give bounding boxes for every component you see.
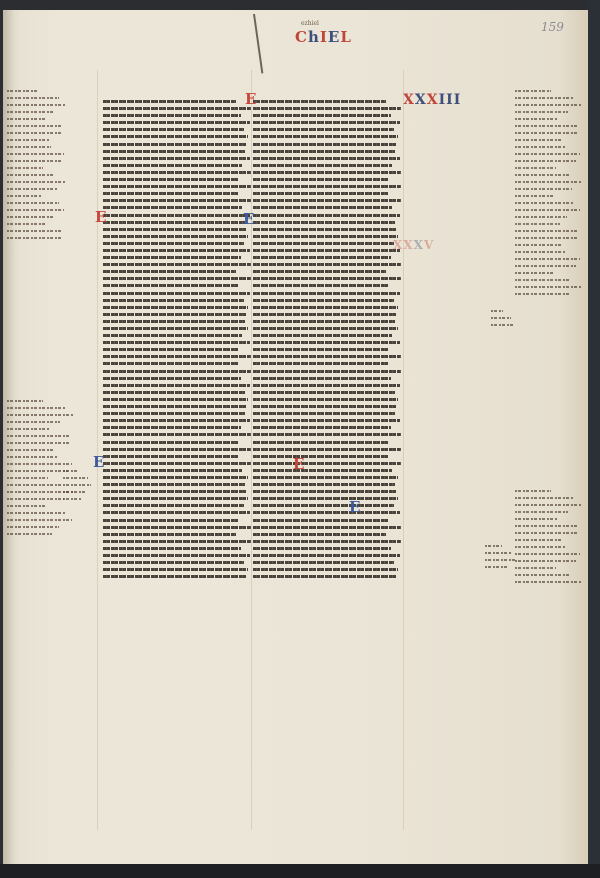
text-line <box>103 469 242 472</box>
gloss-line <box>7 512 66 514</box>
running-header: ChIEL <box>295 28 352 46</box>
text-line <box>103 419 250 422</box>
text-line <box>103 405 247 408</box>
text-line <box>103 504 244 507</box>
gloss-line <box>7 407 66 409</box>
text-line <box>253 462 401 465</box>
gloss-line <box>515 188 572 190</box>
text-line <box>253 327 398 330</box>
blue-initial: E <box>243 210 254 228</box>
gloss-line <box>515 125 577 127</box>
running-header-small: ezhiel <box>301 20 319 27</box>
red-initial: E <box>95 208 106 226</box>
text-line <box>103 391 245 394</box>
text-line <box>103 242 244 245</box>
text-line <box>253 121 400 124</box>
text-line <box>103 433 251 436</box>
gloss-line <box>63 491 86 493</box>
header-letter: L <box>340 28 352 46</box>
text-line <box>253 320 395 323</box>
text-line <box>103 554 250 557</box>
text-line <box>103 178 238 181</box>
text-line <box>253 398 398 401</box>
text-line <box>253 221 395 224</box>
text-line <box>103 199 251 202</box>
text-line <box>253 575 397 578</box>
text-line <box>253 441 388 444</box>
text-line <box>253 284 389 287</box>
gloss-line <box>515 139 563 141</box>
gloss-line <box>485 566 509 568</box>
text-line <box>253 263 401 266</box>
gloss-line <box>515 174 570 176</box>
gloss-line <box>7 414 73 416</box>
text-line <box>103 270 236 273</box>
gloss-line <box>7 477 48 479</box>
right-margin-note <box>491 310 513 331</box>
chapter-numeral: X <box>427 92 439 108</box>
gloss-line <box>7 104 65 106</box>
gloss-line <box>7 118 45 120</box>
text-line <box>103 185 251 188</box>
gloss-line <box>7 139 49 141</box>
text-line <box>103 511 250 514</box>
text-line <box>253 199 401 202</box>
gloss-line <box>515 202 574 204</box>
text-column-1 <box>103 100 251 575</box>
text-line <box>103 476 248 479</box>
text-line <box>103 483 245 486</box>
gloss-line <box>515 574 570 576</box>
ruling-line <box>251 70 252 830</box>
text-line <box>253 476 398 479</box>
parchment-crack <box>253 14 263 74</box>
gloss-line <box>515 160 576 162</box>
gloss-line <box>7 526 59 528</box>
gloss-line <box>515 195 553 197</box>
gloss-line <box>7 181 65 183</box>
gloss-line <box>7 174 55 176</box>
text-line <box>253 377 391 380</box>
text-line <box>253 235 398 238</box>
scan-background-bottom <box>0 864 600 878</box>
text-line <box>253 483 395 486</box>
text-line <box>103 412 245 415</box>
text-line <box>253 504 394 507</box>
gloss-line <box>7 237 63 239</box>
gloss-line <box>7 484 62 486</box>
text-line <box>103 157 250 160</box>
gloss-line <box>515 286 581 288</box>
gloss-line <box>7 216 53 218</box>
gloss-line <box>515 244 561 246</box>
text-line <box>253 370 401 373</box>
text-line <box>103 362 238 365</box>
text-line <box>253 277 401 280</box>
text-line <box>103 320 245 323</box>
text-line <box>253 313 397 316</box>
gloss-line <box>7 111 54 113</box>
gloss-line <box>515 216 567 218</box>
left-margin-gloss <box>7 90 65 244</box>
gloss-line <box>7 230 63 232</box>
text-line <box>253 455 389 458</box>
text-line <box>103 455 239 458</box>
gloss-line <box>515 251 566 253</box>
text-line <box>103 228 247 231</box>
text-line <box>103 490 247 493</box>
gloss-line <box>7 202 59 204</box>
header-letter: I <box>320 28 328 46</box>
gloss-line <box>515 504 581 506</box>
gloss-line <box>7 90 39 92</box>
gloss-line <box>515 146 565 148</box>
gloss-line <box>515 532 579 534</box>
red-initial: E <box>293 455 304 473</box>
blue-initial: E <box>349 498 360 516</box>
gloss-line <box>515 539 563 541</box>
header-letter: h <box>308 28 320 46</box>
text-line <box>253 497 398 500</box>
gloss-line <box>515 518 558 520</box>
ruling-line <box>97 70 98 830</box>
gloss-line <box>515 167 556 169</box>
text-line <box>103 398 248 401</box>
text-line <box>253 292 400 295</box>
text-line <box>253 242 394 245</box>
text-line <box>253 341 400 344</box>
text-line <box>253 433 401 436</box>
text-line <box>103 263 251 266</box>
gloss-line <box>7 97 59 99</box>
gloss-line <box>7 421 60 423</box>
header-letter: C <box>295 28 308 46</box>
text-line <box>103 150 245 153</box>
text-line <box>103 128 244 131</box>
gloss-line <box>485 559 515 561</box>
gloss-line <box>7 209 64 211</box>
text-line <box>253 228 397 231</box>
text-line <box>253 178 388 181</box>
text-line <box>253 100 386 103</box>
gloss-line <box>515 153 580 155</box>
text-line <box>253 554 400 557</box>
gloss-line <box>63 477 88 479</box>
text-line <box>253 568 398 571</box>
text-line <box>103 277 251 280</box>
gloss-line <box>7 498 64 500</box>
text-line <box>253 270 386 273</box>
gloss-line <box>7 125 62 127</box>
text-line <box>253 128 394 131</box>
gloss-line <box>7 146 51 148</box>
right-margin-gloss <box>515 490 581 588</box>
text-line <box>253 185 401 188</box>
text-line <box>253 448 401 451</box>
gloss-line <box>7 223 46 225</box>
text-line <box>103 327 248 330</box>
text-line <box>253 540 401 543</box>
gloss-line <box>515 265 576 267</box>
gloss-line <box>7 195 41 197</box>
text-line <box>103 377 241 380</box>
text-line <box>103 497 248 500</box>
text-line <box>103 114 241 117</box>
text-line <box>103 370 251 373</box>
gloss-line <box>515 90 551 92</box>
text-line <box>103 355 251 358</box>
left-margin-note <box>63 470 91 505</box>
gloss-line <box>515 118 558 120</box>
text-line <box>253 469 392 472</box>
text-line <box>253 164 392 167</box>
text-line <box>103 462 251 465</box>
gloss-line <box>485 552 512 554</box>
gloss-line <box>485 545 502 547</box>
gloss-line <box>515 553 580 555</box>
chapter-numeral: X <box>415 92 427 108</box>
text-line <box>253 114 391 117</box>
text-line <box>103 256 241 259</box>
gloss-line <box>515 546 565 548</box>
text-line <box>103 348 239 351</box>
text-line <box>253 426 391 429</box>
header-letter: E <box>328 28 340 46</box>
text-line <box>103 426 241 429</box>
text-line <box>253 206 392 209</box>
blue-initial: E <box>93 453 104 471</box>
gloss-line <box>515 223 560 225</box>
text-line <box>253 107 401 110</box>
text-line <box>253 348 389 351</box>
text-line <box>253 405 397 408</box>
ruling-line <box>403 70 404 830</box>
right-margin-gloss <box>515 90 581 300</box>
text-line <box>103 575 247 578</box>
text-line <box>253 135 398 138</box>
gloss-line <box>515 181 581 183</box>
gloss-line <box>515 581 581 583</box>
chapter-numeral: X <box>414 238 424 252</box>
text-line <box>253 355 401 358</box>
text-line <box>103 341 250 344</box>
text-line <box>253 526 401 529</box>
gloss-line <box>7 167 43 169</box>
text-line <box>253 150 395 153</box>
text-line <box>103 135 248 138</box>
gloss-line <box>515 497 574 499</box>
text-line <box>253 419 400 422</box>
gloss-line <box>7 533 52 535</box>
gloss-line <box>515 272 555 274</box>
text-line <box>103 384 250 387</box>
gloss-line <box>7 160 61 162</box>
gloss-line <box>515 132 579 134</box>
text-line <box>103 292 250 295</box>
gloss-line <box>515 511 568 513</box>
gloss-line <box>7 428 50 430</box>
text-line <box>103 214 250 217</box>
text-line <box>253 299 394 302</box>
text-line <box>103 249 250 252</box>
text-line <box>253 561 394 564</box>
gloss-line <box>515 279 571 281</box>
chapter-number: XXXIII <box>403 92 461 108</box>
chapter-numeral: X <box>403 92 415 108</box>
gloss-line <box>7 470 68 472</box>
gloss-line <box>515 258 580 260</box>
text-line <box>253 306 398 309</box>
text-line <box>253 384 400 387</box>
text-line <box>103 533 236 536</box>
text-line <box>253 519 389 522</box>
gloss-line <box>7 132 63 134</box>
gloss-line <box>491 317 511 319</box>
gloss-line <box>7 442 71 444</box>
text-line <box>103 334 242 337</box>
gloss-line <box>7 435 69 437</box>
text-line <box>103 526 251 529</box>
text-line <box>103 235 248 238</box>
text-line <box>103 284 239 287</box>
text-line <box>103 164 242 167</box>
text-line <box>103 107 251 110</box>
text-line <box>103 540 251 543</box>
gloss-line <box>515 230 578 232</box>
gloss-line <box>7 519 72 521</box>
text-line <box>253 192 388 195</box>
gloss-line <box>515 293 571 295</box>
text-line <box>103 306 248 309</box>
right-margin-note <box>485 545 515 573</box>
gloss-line <box>63 470 78 472</box>
gloss-line <box>7 463 72 465</box>
gloss-line <box>515 209 580 211</box>
text-line <box>103 448 251 451</box>
text-line <box>253 412 395 415</box>
text-line <box>253 249 400 252</box>
gloss-line <box>63 484 91 486</box>
text-line <box>253 490 397 493</box>
text-line <box>103 192 238 195</box>
text-column-2 <box>253 100 401 573</box>
gloss-line <box>7 449 55 451</box>
gloss-line <box>491 324 513 326</box>
gloss-line <box>515 567 556 569</box>
gloss-line <box>7 505 45 507</box>
text-line <box>253 214 400 217</box>
gloss-line <box>515 560 576 562</box>
text-line <box>103 143 247 146</box>
text-line <box>103 171 251 174</box>
text-line <box>253 511 400 514</box>
chapter-numeral: V <box>424 238 434 252</box>
text-line <box>253 547 391 550</box>
gloss-line <box>515 104 581 106</box>
gloss-line <box>515 490 551 492</box>
gloss-line <box>7 153 64 155</box>
text-line <box>103 221 245 224</box>
text-line <box>253 362 388 365</box>
chapter-numeral: III <box>439 92 462 108</box>
text-line <box>253 157 400 160</box>
text-line <box>103 547 241 550</box>
gloss-line <box>63 498 81 500</box>
text-line <box>103 121 250 124</box>
text-line <box>103 568 248 571</box>
text-line <box>253 256 391 259</box>
text-line <box>103 561 244 564</box>
text-line <box>103 441 238 444</box>
text-line <box>103 100 236 103</box>
text-line <box>103 519 239 522</box>
text-line <box>253 391 395 394</box>
gloss-line <box>515 525 577 527</box>
text-line <box>103 313 247 316</box>
manuscript-page: ezhiel ChIEL 159 XXXIII XXXV E E E E E E <box>3 10 588 870</box>
gloss-line <box>7 188 57 190</box>
gloss-line <box>515 97 574 99</box>
folio-number: 159 <box>541 20 564 34</box>
text-line <box>103 206 242 209</box>
text-line <box>253 334 392 337</box>
scan-background-edge <box>588 0 600 878</box>
gloss-line <box>491 310 503 312</box>
gloss-line <box>7 400 43 402</box>
text-line <box>253 533 386 536</box>
gloss-line <box>515 111 568 113</box>
text-line <box>253 143 397 146</box>
text-line <box>253 171 401 174</box>
text-line <box>103 299 244 302</box>
gloss-line <box>7 456 57 458</box>
gloss-line <box>515 237 579 239</box>
red-initial: E <box>245 90 256 108</box>
